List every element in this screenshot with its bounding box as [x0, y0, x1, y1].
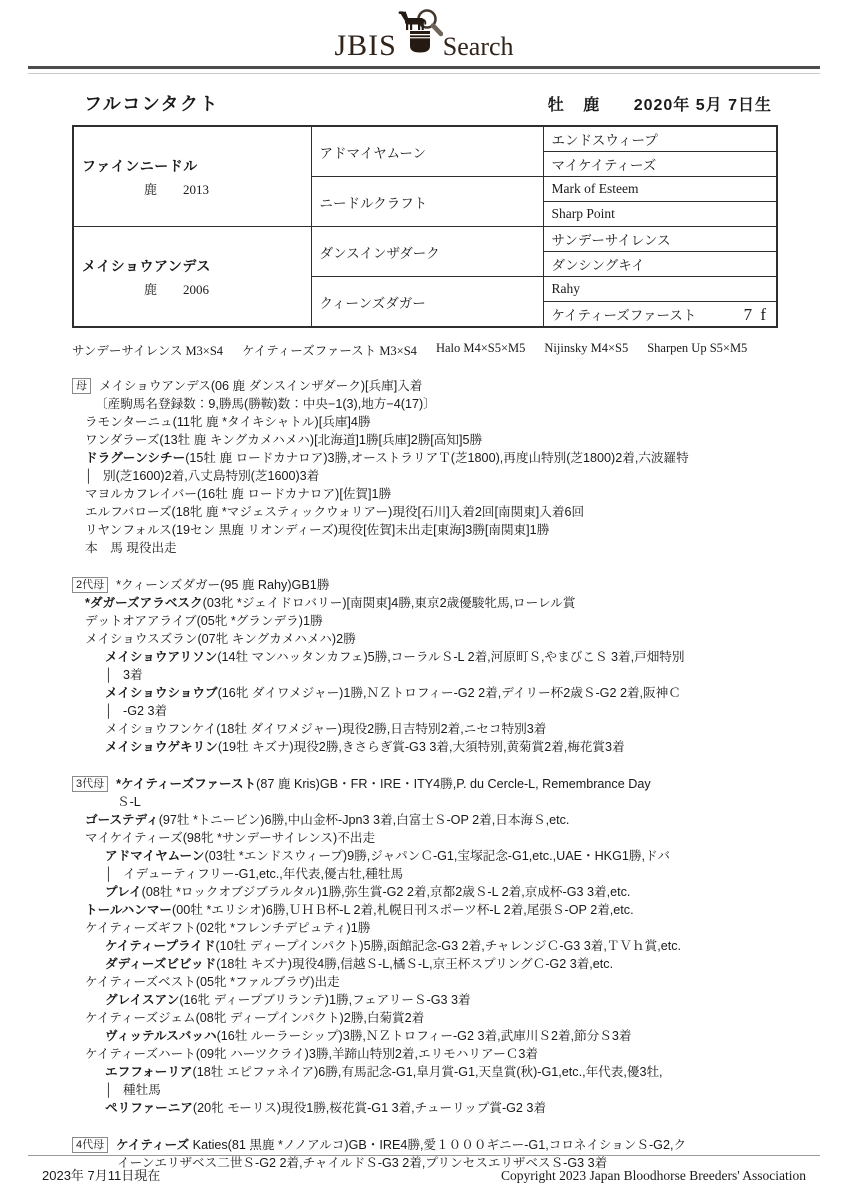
pedigree-line: ケイティーズベスト(05牝 *ファルブラヴ)出走: [72, 973, 818, 991]
sire-name: ファインニードル: [82, 156, 303, 176]
pedigree-line: メイショウショウブ(16牝 ダイワメジャー)1勝,ＮＺトロフィー-G2 2着,デ…: [72, 684, 818, 702]
horse-meta: 牡 鹿 2020年 5月 7日生: [548, 92, 772, 115]
pedigree-line: マイケイティーズ(98牝 *サンデーサイレンス)不出走: [72, 829, 818, 847]
line-text: デットオアアライブ(05牝 *グランデラ)1勝: [85, 614, 323, 628]
pedigree-cell-g3: ダンシングキイ: [543, 252, 777, 277]
line-text: (03牡 *エンドスウィープ)9勝,ジャパンＣ-G1,宝塚記念-G1,etc.,…: [205, 849, 670, 863]
data-as-of-date: 2023年 7月11日現在: [42, 1165, 160, 1184]
line-text: (16牝 ディープブリランテ)1勝,フェアリーＳ-G3 3着: [179, 993, 470, 1007]
horse-name: メイショウアリソン: [105, 650, 217, 664]
dam-coat-year: 鹿 2006: [82, 279, 303, 298]
line-text: (10牡 ディープインパクト)5勝,函館記念-G3 2着,チャレンジＣ-G3 3…: [215, 939, 681, 953]
line-text: (03牝 *ジェイドロバリー)[南関東]4勝,東京2歳優駿牝馬,ローレル賞: [203, 596, 576, 610]
line-text: (15牡 鹿 ロードカナロア)3勝,オーストラリアＴ(芝1800),再度山特別(…: [185, 451, 689, 465]
horse-name: アドマイヤムーン: [105, 849, 205, 863]
inbreeding-item: サンデーサイレンス M3×S4: [72, 341, 223, 359]
continuation-bar: │: [105, 702, 123, 720]
family-section-head: 2代母*クィーンズダガー(95 鹿 Rahy)GB1勝: [72, 576, 818, 594]
horse-silhouette: [398, 11, 426, 30]
horse-name: トールハンマー: [85, 903, 172, 917]
line-text: (16牡 ルーラーシップ)3勝,ＮＺトロフィー-G2 3着,武庫川Ｓ2着,節分Ｓ…: [217, 1029, 632, 1043]
pedigree-line: │-G2 3着: [72, 702, 818, 720]
pedigree-line: ゴーステディ(97牡 *トニービン)6勝,中山金杯-Jpn3 3着,白富士Ｓ-O…: [72, 811, 818, 829]
family-section-head: 4代母ケイティーズ Katies(81 黒鹿 *ノノアルコ)GB・IRE4勝,愛…: [72, 1136, 818, 1154]
pedigree-cell-dam-dam: クィーンズダガー: [311, 277, 543, 328]
generation-label: 2代母: [72, 577, 108, 593]
pedigree-cell-g3: マイケイティーズ: [543, 152, 777, 177]
line-text: Ｓ-L: [117, 795, 141, 809]
family-section-head: 3代母*ケイティーズファースト(87 鹿 Kris)GB・FR・IRE・ITY4…: [72, 775, 818, 793]
pedigree-cell-g3-family: ケイティーズファースト 7 f: [543, 302, 777, 328]
line-text: 〔産駒馬名登録数：9,勝馬(勝鞍)数：中央−1(3),地方−4(17)〕: [95, 397, 436, 411]
line-text: ケイティーズハート(09牝 ハーツクライ)3勝,羊蹄山特別2着,エリモハリアーＣ…: [85, 1047, 538, 1061]
line-text: マイケイティーズ(98牝 *サンデーサイレンス)不出走: [85, 831, 375, 845]
page-header: JBIS Search: [0, 0, 848, 64]
pedigree-line: ダディーズビビッド(18牡 キズナ)現役4勝,信越Ｓ-L,橘Ｓ-L,京王杯スプリ…: [72, 955, 818, 973]
horse-birthdate: 2020年 5月 7日生: [634, 97, 772, 114]
horse-sex: 牡: [548, 97, 565, 114]
horse-name: ケイティープライド: [105, 939, 215, 953]
family-section-head: 母メイショウアンデス(06 鹿 ダンスインザダーク)[兵庫]入着: [72, 377, 818, 395]
horse-name: メイショウゲキリン: [105, 740, 218, 754]
pedigree-line: エフフォーリア(18牡 エピファネイア)6勝,有馬記念-G1,皐月賞-G1,天皇…: [72, 1063, 818, 1081]
pedigree-line: マヨルカフレイバー(16牡 鹿 ロードカナロア)[佐賀]1勝: [72, 485, 818, 503]
pedigree-line: ペリファーニア(20牝 モーリス)現役1勝,桜花賞-G1 3着,チューリップ賞-…: [72, 1099, 818, 1117]
jbis-logo-text-search: Search: [443, 33, 514, 61]
horse-name: グレイスアン: [105, 993, 179, 1007]
g3-name: ケイティーズファースト: [552, 304, 697, 324]
line-text: (87 鹿 Kris)GB・FR・IRE・ITY4勝,P. du Cercle-…: [256, 777, 650, 791]
inbreeding-item: Nijinsky M4×S5: [544, 341, 628, 359]
line-text: (20牝 モーリス)現役1勝,桜花賞-G1 3着,チューリップ賞-G2 3着: [193, 1101, 546, 1115]
pedigree-table-wrap: ファインニードル 鹿 2013 アドマイヤムーン エンドスウィープ マイケイティ…: [72, 125, 776, 328]
pedigree-line: 本 馬 現役出走: [72, 539, 818, 557]
continuation-bar: │: [105, 1081, 123, 1099]
sire-coat-year: 鹿 2013: [82, 179, 303, 198]
inbreeding-line: サンデーサイレンス M3×S4ケイティーズファースト M3×S4Halo M4×…: [72, 341, 828, 359]
pedigree-line: デットオアアライブ(05牝 *グランデラ)1勝: [72, 612, 818, 630]
generation-label: 3代母: [72, 776, 108, 792]
line-text: (97牡 *トニービン)6勝,中山金杯-Jpn3 3着,白富士Ｓ-OP 2着,日…: [159, 813, 570, 827]
pedigree-line: ケイティーズギフト(02牝 *フレンチデピュティ)1勝: [72, 919, 818, 937]
line-text: ケイティーズベスト(05牝 *ファルブラヴ)出走: [85, 975, 340, 989]
horse-magnifier-icon: [397, 8, 443, 61]
line-text: -G2 3着: [123, 704, 167, 718]
line-text: 3着: [123, 668, 143, 682]
line-text: ラモンターニュ(11牝 鹿 *タイキシャトル)[兵庫]4勝: [85, 415, 371, 429]
line-text: (19牡 キズナ)現役2勝,きさらぎ賞-G3 3着,大須特別,黄菊賞2着,梅花賞…: [218, 740, 625, 754]
jbis-logo-text: JBIS: [334, 31, 396, 61]
pedigree-line: │イデューティフリー-G1,etc.,年代表,優古牡,種牡馬: [72, 865, 818, 883]
pedigree-cell-g3: エンドスウィープ: [543, 126, 777, 152]
line-text: (00牡 *エリシオ)6勝,ＵＨＢ杯-L 2着,札幌日刊スポーツ杯-L 2着,尾…: [172, 903, 634, 917]
horse-name: プレイ: [105, 885, 142, 899]
pedigree-line: ドラグーンシチー(15牡 鹿 ロードカナロア)3勝,オーストラリアＴ(芝1800…: [72, 449, 818, 467]
family-number: 7 f: [744, 305, 768, 325]
line-text: (08牡 *ロックオブジブラルタル)1勝,弥生賞-G2 2着,京都2歳Ｓ-L 2…: [142, 885, 631, 899]
line-text: ケイティーズギフト(02牝 *フレンチデピュティ)1勝: [85, 921, 370, 935]
continuation-bar: │: [105, 865, 123, 883]
horse-name: *ダガーズアラベスク: [85, 596, 203, 610]
pedigree-cell-sire-sire: アドマイヤムーン: [311, 126, 543, 177]
line-text: (16牝 ダイワメジャー)1勝,ＮＺトロフィー-G2 2着,デイリー杯2歳Ｓ-G…: [218, 686, 681, 700]
line-text: エルフバローズ(18牝 鹿 *マジェスティックウォリアー)現役[石川]入着2回[…: [85, 505, 584, 519]
pedigree-line: アドマイヤムーン(03牡 *エンドスウィープ)9勝,ジャパンＣ-G1,宝塚記念-…: [72, 847, 818, 865]
horse-coat: 鹿: [583, 97, 600, 114]
pedigree-line: ワンダラーズ(13牡 鹿 キングカメハメハ)[北海道]1勝[兵庫]2勝[高知]5…: [72, 431, 818, 449]
line-text: ケイティーズジェム(08牝 ディープインパクト)2勝,白菊賞2着: [85, 1011, 424, 1025]
header-divider-light: [28, 73, 820, 74]
copyright-notice: Copyright 2023 Japan Bloodhorse Breeders…: [501, 1168, 806, 1184]
pedigree-line: メイショウゲキリン(19牡 キズナ)現役2勝,きさらぎ賞-G3 3着,大須特別,…: [72, 738, 818, 756]
line-text: マヨルカフレイバー(16牡 鹿 ロードカナロア)[佐賀]1勝: [85, 487, 391, 501]
line-text: ワンダラーズ(13牡 鹿 キングカメハメハ)[北海道]1勝[兵庫]2勝[高知]5…: [85, 433, 482, 447]
pedigree-cell-g3: サンデーサイレンス: [543, 227, 777, 252]
pedigree-line: │3着: [72, 666, 818, 684]
page-footer: 2023年 7月11日現在 Copyright 2023 Japan Blood…: [0, 1155, 848, 1184]
continuation-bar: │: [85, 467, 103, 485]
generation-label: 4代母: [72, 1137, 108, 1153]
line-text: Katies(81 黒鹿 *ノノアルコ)GB・IRE4勝,愛１０００ギニー-G1…: [189, 1138, 686, 1152]
horse-name: ペリファーニア: [105, 1101, 193, 1115]
pedigree-line: ケイティーズジェム(08牝 ディープインパクト)2勝,白菊賞2着: [72, 1009, 818, 1027]
inbreeding-item: Sharpen Up S5×M5: [647, 341, 747, 359]
pedigree-cell-dam-sire: ダンスインザダーク: [311, 227, 543, 277]
horse-name: ゴーステディ: [85, 813, 159, 827]
line-text: (18牡 キズナ)現役4勝,信越Ｓ-L,橘Ｓ-L,京王杯スプリングＣ-G2 3着…: [216, 957, 613, 971]
horse-name: ヴィッテルスバッハ: [105, 1029, 217, 1043]
line-text: メイショウアンデス(06 鹿 ダンスインザダーク)[兵庫]入着: [99, 379, 422, 393]
family-section: 3代母*ケイティーズファースト(87 鹿 Kris)GB・FR・IRE・ITY4…: [72, 775, 818, 1117]
line-text: (14牡 マンハッタンカフェ)5勝,コーラルＳ-L 2着,河原町Ｓ,やまびこＳ …: [217, 650, 684, 664]
pedigree-cell-g3: Mark of Esteem: [543, 177, 777, 202]
pedigree-line: メイショウアリソン(14牡 マンハッタンカフェ)5勝,コーラルＳ-L 2着,河原…: [72, 648, 818, 666]
line-text: イデューティフリー-G1,etc.,年代表,優古牡,種牡馬: [123, 867, 403, 881]
inbreeding-item: ケイティーズファースト M3×S4: [242, 341, 417, 359]
pedigree-line: トールハンマー(00牡 *エリシオ)6勝,ＵＨＢ杯-L 2着,札幌日刊スポーツ杯…: [72, 901, 818, 919]
pedigree-cell-sire: ファインニードル 鹿 2013: [73, 126, 311, 227]
pedigree-line: 〔産駒馬名登録数：9,勝馬(勝鞍)数：中央−1(3),地方−4(17)〕: [72, 395, 818, 413]
pedigree-line: ケイティープライド(10牡 ディープインパクト)5勝,函館記念-G3 2着,チャ…: [72, 937, 818, 955]
pedigree-cell-g3: Sharp Point: [543, 202, 777, 227]
line-text: 種牡馬: [123, 1083, 161, 1097]
pedigree-line: │種牡馬: [72, 1081, 818, 1099]
pedigree-cell-g3: Rahy: [543, 277, 777, 302]
title-row: フルコンタクト 牡 鹿 2020年 5月 7日生: [84, 90, 772, 116]
line-text: メイショウフンケイ(18牡 ダイワメジャー)現役2勝,日吉特別2着,ニセコ特別3…: [105, 722, 546, 736]
pedigree-table: ファインニードル 鹿 2013 アドマイヤムーン エンドスウィープ マイケイティ…: [72, 125, 778, 328]
pedigree-line: エルフバローズ(18牝 鹿 *マジェスティックウォリアー)現役[石川]入着2回[…: [72, 503, 818, 521]
footer-divider: [28, 1155, 820, 1156]
pedigree-line: ラモンターニュ(11牝 鹿 *タイキシャトル)[兵庫]4勝: [72, 413, 818, 431]
header-divider-dark: [28, 66, 820, 69]
continuation-bar: │: [105, 666, 123, 684]
pedigree-line: プレイ(08牡 *ロックオブジブラルタル)1勝,弥生賞-G2 2着,京都2歳Ｓ-…: [72, 883, 818, 901]
horse-name: ドラグーンシチー: [85, 451, 185, 465]
jbis-logo[interactable]: JBIS Search: [334, 8, 513, 61]
pedigree-line: ヴィッテルスバッハ(16牡 ルーラーシップ)3勝,ＮＺトロフィー-G2 3着,武…: [72, 1027, 818, 1045]
page-title: フルコンタクト: [84, 90, 219, 116]
horse-name: ダディーズビビッド: [105, 957, 216, 971]
family-section: 2代母*クィーンズダガー(95 鹿 Rahy)GB1勝*ダガーズアラベスク(03…: [72, 576, 818, 756]
horse-name: *ケイティーズファースト: [116, 777, 256, 791]
family-sections: 母メイショウアンデス(06 鹿 ダンスインザダーク)[兵庫]入着〔産駒馬名登録数…: [72, 377, 818, 1172]
pedigree-line: *ダガーズアラベスク(03牝 *ジェイドロバリー)[南関東]4勝,東京2歳優駿牝…: [72, 594, 818, 612]
generation-label: 母: [72, 378, 91, 394]
line-text: *クィーンズダガー(95 鹿 Rahy)GB1勝: [116, 578, 329, 592]
horse-name: ケイティーズ: [116, 1138, 189, 1152]
pedigree-line: Ｓ-L: [72, 793, 818, 811]
pedigree-line: ケイティーズハート(09牝 ハーツクライ)3勝,羊蹄山特別2着,エリモハリアーＣ…: [72, 1045, 818, 1063]
horse-name: エフフォーリア: [105, 1065, 193, 1079]
family-section: 母メイショウアンデス(06 鹿 ダンスインザダーク)[兵庫]入着〔産駒馬名登録数…: [72, 377, 818, 557]
inbreeding-item: Halo M4×S5×M5: [436, 341, 525, 359]
pedigree-line: メイショウフンケイ(18牡 ダイワメジャー)現役2勝,日吉特別2着,ニセコ特別3…: [72, 720, 818, 738]
pedigree-cell-dam: メイショウアンデス 鹿 2006: [73, 227, 311, 328]
line-text: メイショウスズラン(07牝 キングカメハメハ)2勝: [85, 632, 356, 646]
line-text: リヤンフォルス(19セン 黒鹿 リオンディーズ)現役[佐賀]未出走[東海]3勝[…: [85, 523, 549, 537]
pedigree-line: メイショウスズラン(07牝 キングカメハメハ)2勝: [72, 630, 818, 648]
dam-name: メイショウアンデス: [82, 256, 303, 276]
pedigree-line: グレイスアン(16牝 ディープブリランテ)1勝,フェアリーＳ-G3 3着: [72, 991, 818, 1009]
horse-name: メイショウショウブ: [105, 686, 218, 700]
line-text: (18牡 エピファネイア)6勝,有馬記念-G1,皐月賞-G1,天皇賞(秋)-G1…: [193, 1065, 663, 1079]
pedigree-line: リヤンフォルス(19セン 黒鹿 リオンディーズ)現役[佐賀]未出走[東海]3勝[…: [72, 521, 818, 539]
line-text: 別(芝1600)2着,八丈島特別(芝1600)3着: [103, 469, 319, 483]
line-text: 本 馬 現役出走: [85, 541, 177, 555]
pedigree-line: │別(芝1600)2着,八丈島特別(芝1600)3着: [72, 467, 818, 485]
pedigree-cell-sire-dam: ニードルクラフト: [311, 177, 543, 227]
